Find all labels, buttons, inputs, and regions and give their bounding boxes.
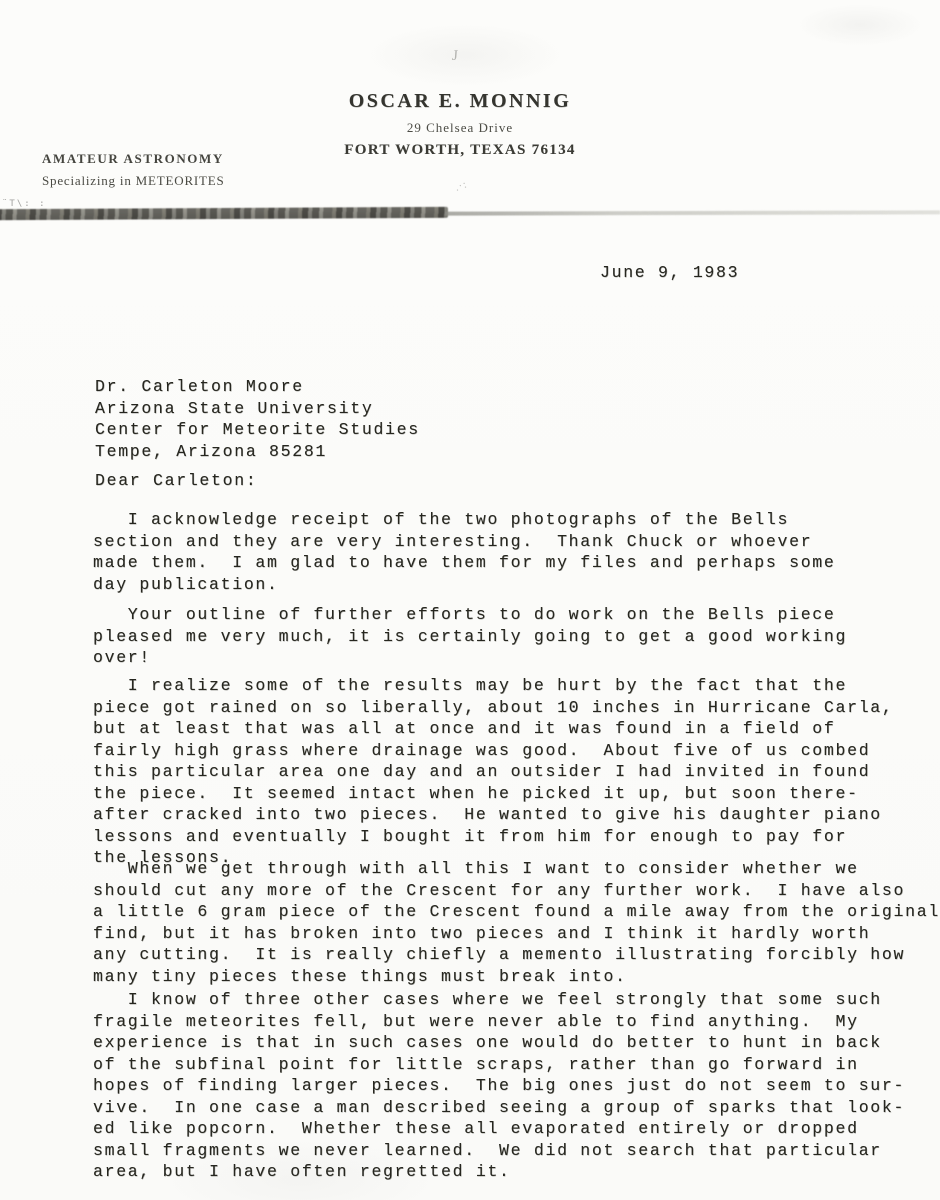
scan-band-ticks: ¨T\: : [2, 199, 47, 209]
scan-artifact: J [451, 48, 458, 65]
salutation: Dear Carleton: [95, 470, 257, 492]
scan-band-artifact: ¨T\: : [0, 205, 940, 223]
date-line: June 9, 1983 [600, 262, 739, 284]
scan-band-dark-strip [0, 207, 448, 220]
letterhead-street: 29 Chelsea Drive [290, 120, 630, 136]
scanned-letter-page: J .·: OSCAR E. MONNIG 29 Chelsea Drive F… [0, 0, 940, 1200]
letterhead: OSCAR E. MONNIG 29 Chelsea Drive FORT WO… [290, 90, 630, 159]
paragraph-2: Your outline of further efforts to do wo… [93, 604, 847, 669]
recipient-address: Dr. Carleton Moore Arizona State Univers… [95, 376, 420, 462]
letterhead-tagline-line1: AMATEUR ASTRONOMY [42, 151, 225, 167]
letterhead-city: FORT WORTH, TEXAS 76134 [290, 142, 630, 159]
letterhead-name: OSCAR E. MONNIG [290, 90, 630, 113]
scan-band-faint-line [445, 210, 940, 215]
paragraph-3: I realize some of the results may be hur… [93, 675, 894, 869]
paragraph-5: I know of three other cases where we fee… [93, 989, 905, 1183]
letterhead-tagline: AMATEUR ASTRONOMY Specializing in METEOR… [42, 151, 225, 189]
paragraph-4: When we get through with all this I want… [93, 858, 940, 987]
letterhead-tagline-line2: Specializing in METEORITES [42, 173, 225, 189]
paragraph-1: I acknowledge receipt of the two photogr… [93, 509, 836, 595]
scan-artifact: .·: [453, 178, 469, 194]
